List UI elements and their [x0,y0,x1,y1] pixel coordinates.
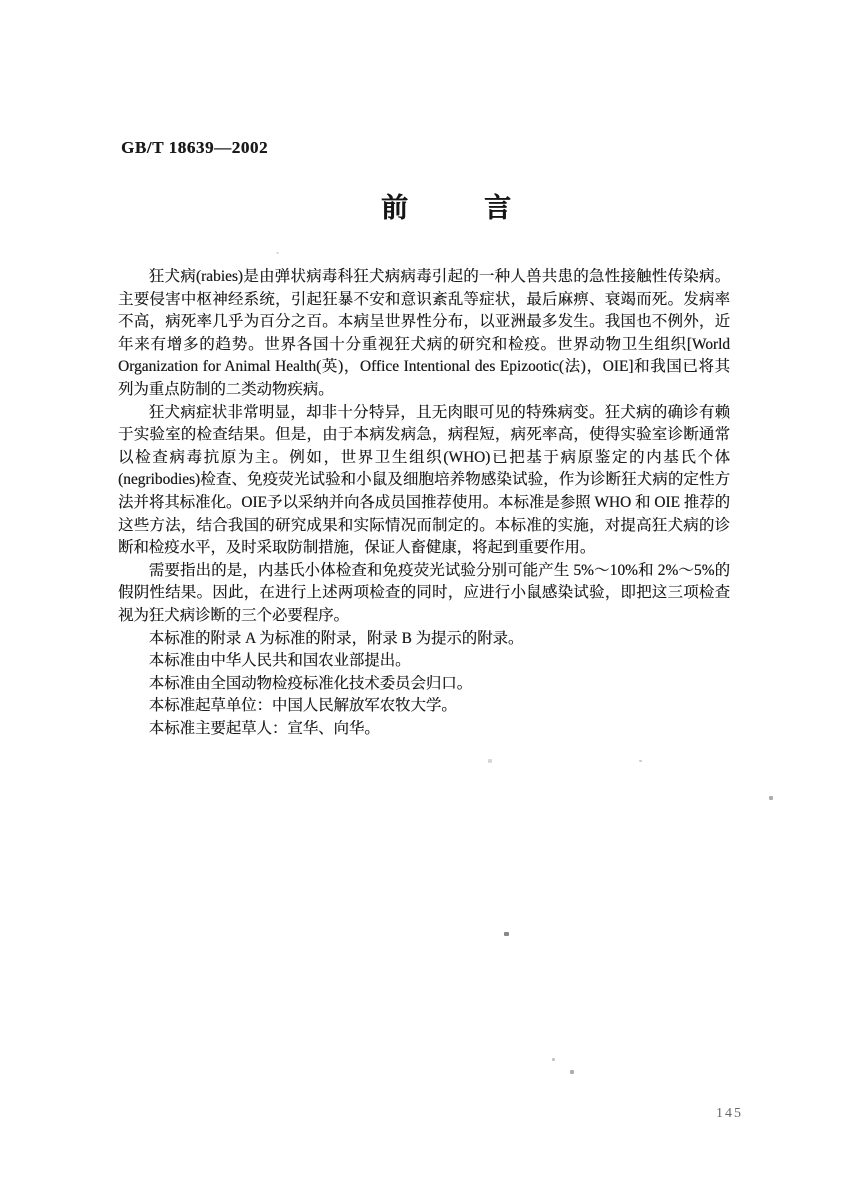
line-appendix-note: 本标准的附录 A 为标准的附录，附录 B 为提示的附录。 [118,628,730,651]
line-drafting-organization: 本标准起草单位：中国人民解放军农牧大学。 [118,695,730,718]
scan-speck [552,1058,555,1061]
paragraph-rabies-intro: 狂犬病(rabies)是由弹状病毒科狂犬病病毒引起的一种人兽共患的急性接触性传染… [118,266,730,402]
paragraph-diagnosis-methods: 狂犬病症状非常明显，却非十分特异，且无肉眼可见的特殊病变。狂犬病的确诊有赖于实验… [118,402,730,560]
scanned-standard-page: GB/T 18639—2002 前言 狂犬病(rabies)是由弹状病毒科狂犬病… [0,0,841,1186]
scan-speck [639,760,642,762]
scan-speck [488,759,492,763]
line-main-drafters: 本标准主要起草人：宣华、向华。 [118,718,730,741]
page-title-char-right: 言 [484,193,511,223]
paragraph-false-negative-note: 需要指出的是，内基氏小体检查和免疫荧光试验分别可能产生 5%～10%和 2%～5… [118,560,730,628]
foreword-body: 狂犬病(rabies)是由弹状病毒科狂犬病病毒引起的一种人兽共患的急性接触性传染… [118,266,730,740]
line-centralized-by: 本标准由全国动物检疫标准化技术委员会归口。 [118,673,730,696]
page-number: 145 [716,1106,743,1122]
line-proposed-by: 本标准由中华人民共和国农业部提出。 [118,650,730,673]
scan-speck [504,932,509,936]
scan-speck [769,796,773,800]
standard-number: GB/T 18639—2002 [121,138,268,158]
scan-speck [276,252,279,254]
scan-speck [570,1070,574,1074]
page-title-char-left: 前 [381,193,408,223]
page-title: 前言 [140,186,752,225]
